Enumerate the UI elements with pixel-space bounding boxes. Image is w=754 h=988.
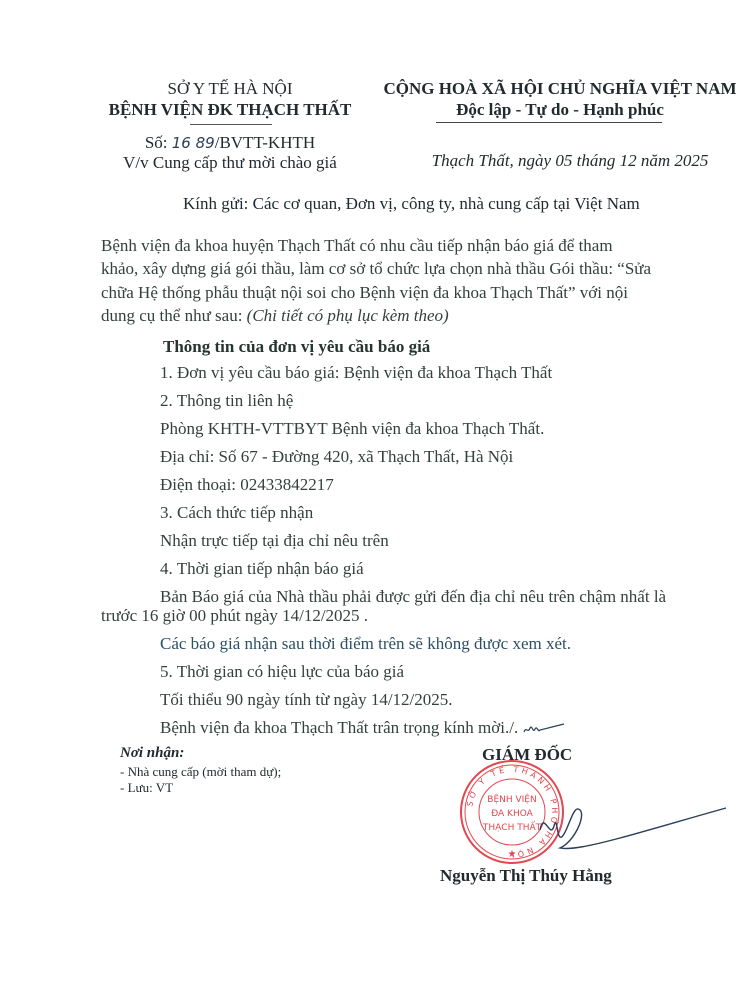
recipients-title: Nơi nhận: <box>120 745 184 762</box>
info-item-1: 1. Đơn vị yêu cầu báo giá: Bệnh viện đa … <box>160 363 552 383</box>
recipient-line: Kính gửi: Các cơ quan, Đơn vị, công ty, … <box>183 194 640 214</box>
svg-text:ĐA KHOA: ĐA KHOA <box>491 809 533 819</box>
hospital-underline <box>190 124 272 125</box>
hospital-name: BỆNH VIỆN ĐK THẠCH THẤT <box>100 100 360 120</box>
doc-number-handwritten: 16 89 <box>172 134 215 152</box>
contact-address: Địa chỉ: Số 67 - Đường 420, xã Thạch Thấ… <box>160 447 513 467</box>
intro-line-4: dung cụ thể như sau: (Chi tiết có phụ lụ… <box>101 306 449 326</box>
document-subject: V/v Cung cấp thư mời chào giá <box>100 153 360 173</box>
agency-name: SỞ Y TẾ HÀ NỘI <box>100 79 360 99</box>
initials-mark-icon <box>522 722 566 736</box>
closing-line: Bệnh viện đa khoa Thạch Thất trân trọng … <box>160 718 566 738</box>
handwritten-signature-icon <box>530 790 730 860</box>
recipient-item: - Lưu: VT <box>120 780 173 796</box>
intro-line-2: khảo, xây dựng giá gói thầu, làm cơ sở t… <box>101 259 651 279</box>
place-and-date: Thạch Thất, ngày 05 tháng 12 năm 2025 <box>390 151 750 171</box>
national-motto: Độc lập - Tự do - Hạnh phúc <box>370 100 750 120</box>
doc-number-prefix: Số: <box>145 133 168 152</box>
info-item-4: 4. Thời gian tiếp nhận báo giá <box>160 559 364 579</box>
motto-underline <box>436 122 662 123</box>
document-number: Số: 16 89/BVTT-KHTH <box>100 133 360 153</box>
info-item-2: 2. Thông tin liên hệ <box>160 391 293 411</box>
receive-method: Nhận trực tiếp tại địa chỉ nêu trên <box>160 531 389 551</box>
contact-department: Phòng KHTH-VTTBYT Bệnh viện đa khoa Thạc… <box>160 419 544 439</box>
deadline-line-1: Bản Báo giá của Nhà thầu phải được gửi đ… <box>160 587 666 607</box>
intro-line-1: Bệnh viện đa khoa huyện Thạch Thất có nh… <box>101 236 613 256</box>
validity-period: Tối thiểu 90 ngày tính từ ngày 14/12/202… <box>160 690 453 710</box>
intro-line-4-plain: dung cụ thể như sau: <box>101 306 247 325</box>
recipient-item: - Nhà cung cấp (mời tham dự); <box>120 764 281 780</box>
doc-number-suffix: /BVTT-KHTH <box>215 133 315 152</box>
closing-text: Bệnh viện đa khoa Thạch Thất trân trọng … <box>160 718 518 737</box>
info-heading: Thông tin của đơn vị yêu cầu báo giá <box>163 337 430 357</box>
late-notice: Các báo giá nhận sau thời điểm trên sẽ k… <box>160 634 571 654</box>
info-item-3: 3. Cách thức tiếp nhận <box>160 503 313 523</box>
nation-title: CỘNG HOÀ XÃ HỘI CHỦ NGHĨA VIỆT NAM <box>370 79 750 99</box>
intro-line-3: chữa Hệ thống phẫu thuật nội soi cho Bện… <box>101 283 628 303</box>
deadline-line-2: trước 16 giờ 00 phút ngày 14/12/2025 . <box>101 606 368 626</box>
svg-text:★: ★ <box>508 849 517 860</box>
signer-name: Nguyễn Thị Thúy Hằng <box>440 866 612 886</box>
intro-annex-note: (Chi tiết có phụ lục kèm theo) <box>247 306 449 325</box>
info-item-5: 5. Thời gian có hiệu lực của báo giá <box>160 662 404 682</box>
contact-phone: Điện thoại: 02433842217 <box>160 475 334 495</box>
